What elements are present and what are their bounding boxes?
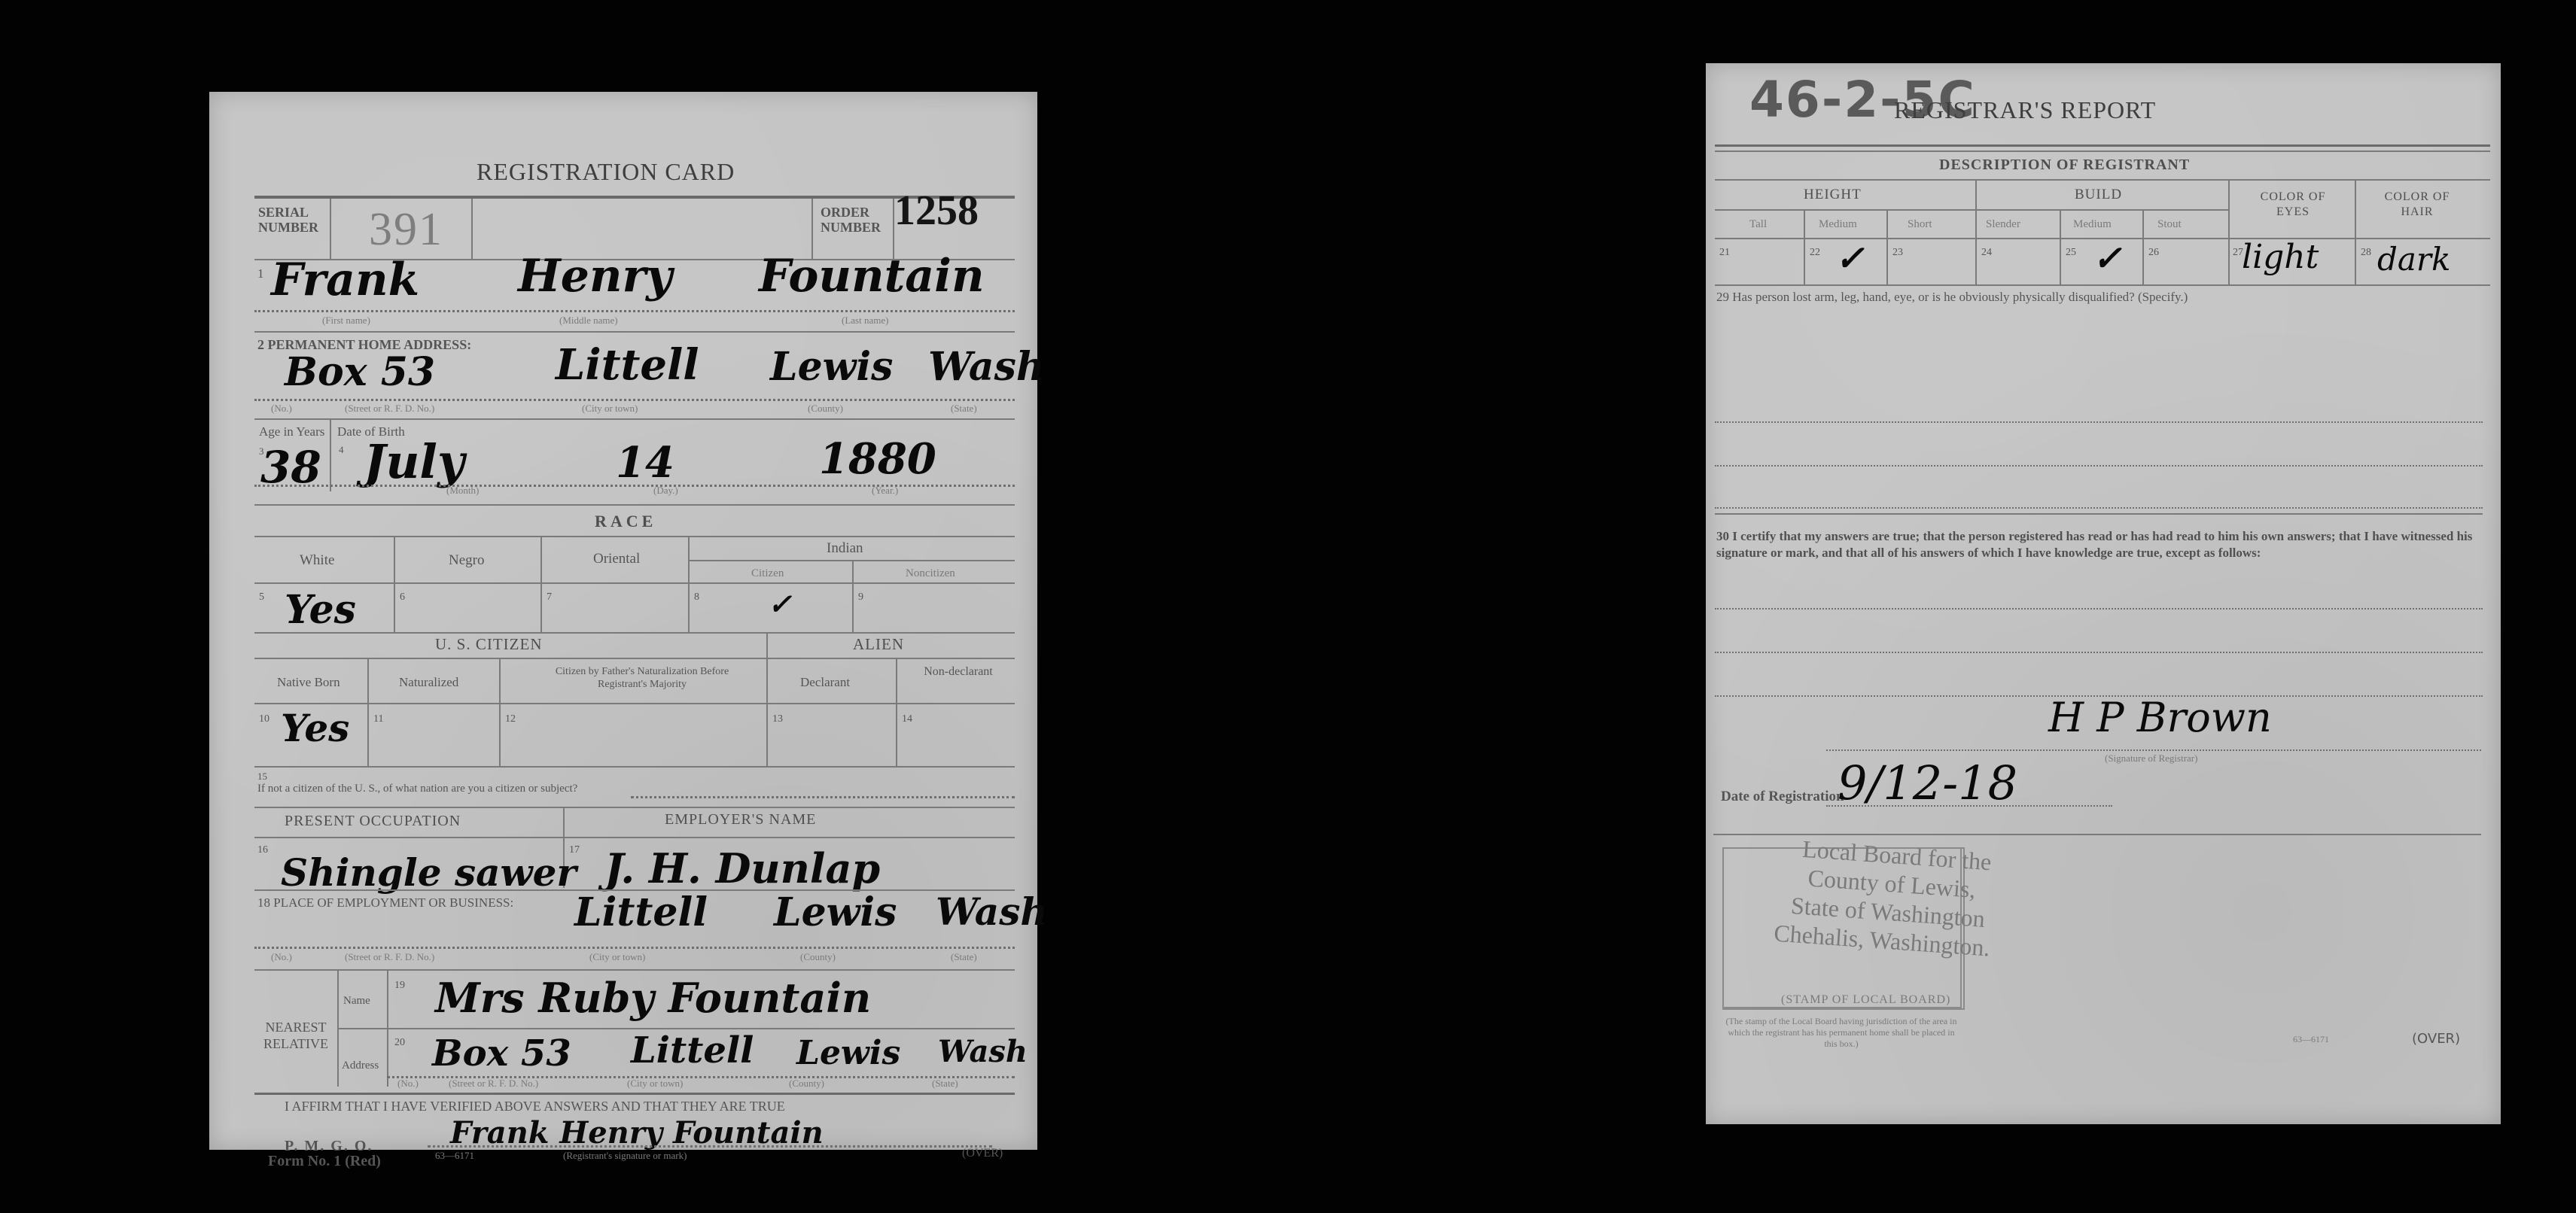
dob-day-label: (Day.)	[653, 485, 678, 497]
dob-month-label: (Month)	[446, 485, 479, 497]
field-number: 22	[1810, 247, 1820, 259]
declarant-label: Declarant	[800, 675, 850, 690]
field-number: 24	[1981, 247, 1992, 259]
field-number: 20	[394, 1037, 405, 1049]
field-number: 16	[257, 844, 268, 856]
last-name-value: Fountain	[759, 250, 985, 302]
us-citizen-header: U. S. CITIZEN	[435, 635, 543, 654]
build-slender-label: Slender	[1986, 218, 2020, 231]
field-number: 14	[902, 713, 912, 725]
eyes-color-header: COLOR OF EYES	[2248, 190, 2338, 220]
race-white-label: White	[300, 552, 334, 569]
registrars-report-back: 46-2-5C REGISTRAR'S REPORT DESCRIPTION O…	[1706, 63, 2501, 1124]
date-of-registration-value: 9/12-18	[1838, 755, 2017, 810]
race-white-value: Yes	[285, 587, 356, 633]
address-street-label: (Street or R. F. D. No.)	[345, 403, 434, 415]
date-of-registration-label: Date of Registration	[1721, 789, 1844, 805]
employment-street-label: (Street or R. F. D. No.)	[345, 951, 434, 963]
relative-city-label: (City or town)	[627, 1078, 683, 1090]
relative-city-value: Littell	[631, 1029, 754, 1072]
form-code: 63—6171	[2293, 1034, 2329, 1045]
dob-year-value: 1880	[819, 434, 936, 484]
race-header: RACE	[595, 512, 656, 531]
relative-name-value: Mrs Ruby Fountain	[435, 974, 871, 1022]
employment-state-label: (State)	[951, 951, 977, 963]
serial-number-value: 391	[369, 203, 443, 257]
field-number: 21	[1719, 247, 1730, 259]
field-number: 28	[2361, 247, 2371, 259]
address-city-label: (City or town)	[582, 403, 638, 415]
nearest-relative-label: NEAREST RELATIVE	[258, 1019, 333, 1052]
employment-county-label: (County)	[800, 951, 836, 963]
employment-state-value: Wash	[936, 889, 1048, 934]
field-number: 8	[694, 591, 699, 603]
place-of-employment-label: 18 PLACE OF EMPLOYMENT OR BUSINESS:	[257, 895, 513, 911]
eyes-color-value: light	[2242, 238, 2319, 276]
home-county-value: Lewis	[770, 344, 893, 390]
middle-name-value: Henry	[518, 250, 672, 302]
relative-state-value: Wash	[938, 1034, 1028, 1069]
field-number: 7	[547, 591, 552, 603]
form-code: 63—6171	[435, 1150, 474, 1162]
employment-county-value: Lewis	[774, 889, 897, 935]
relative-address-label: Address	[342, 1059, 379, 1072]
race-indian-citizen-label: Citizen	[751, 567, 784, 580]
build-stout-label: Stout	[2157, 218, 2182, 231]
registrar-signature-label: (Signature of Registrar)	[2105, 752, 2197, 765]
race-indian-label: Indian	[827, 540, 863, 557]
build-medium-label: Medium	[2073, 218, 2112, 231]
home-state-value: Wash	[928, 344, 1045, 390]
occupation-value: Shingle sawer	[281, 850, 577, 895]
race-negro-label: Negro	[449, 552, 484, 569]
first-name-label: (First name)	[322, 315, 370, 327]
first-name-value: Frank	[271, 254, 419, 306]
field-number: 1	[257, 266, 264, 281]
height-medium-label: Medium	[1819, 218, 1857, 231]
last-name-label: (Last name)	[842, 315, 888, 327]
race-oriental-label: Oriental	[593, 551, 640, 567]
field-number: 10	[259, 713, 269, 725]
native-born-label: Native Born	[277, 675, 340, 690]
race-indian-noncitizen-label: Noncitizen	[906, 567, 955, 580]
address-no-label: (No.)	[271, 403, 292, 415]
dob-day-value: 14	[616, 438, 674, 488]
field-number: 23	[1892, 247, 1903, 259]
field-number: 26	[2148, 247, 2159, 259]
field-number: 9	[858, 591, 863, 603]
alien-header: ALIEN	[853, 635, 904, 654]
occupation-header: PRESENT OCCUPATION	[285, 813, 461, 830]
hair-color-value: dark	[2377, 241, 2450, 278]
signature-label: (Registrant's signature or mark)	[563, 1150, 687, 1162]
over-label: (OVER)	[962, 1147, 1003, 1160]
relative-name-label: Name	[343, 995, 370, 1008]
affirmation-text: I AFFIRM THAT I HAVE VERIFIED ABOVE ANSW…	[285, 1099, 785, 1114]
employer-value: J. H. Dunlap	[604, 844, 880, 892]
height-tall-label: Tall	[1749, 218, 1767, 231]
middle-name-label: (Middle name)	[559, 315, 618, 327]
height-medium-check-icon: ✓	[1835, 238, 1865, 278]
relative-county-value: Lewis	[796, 1034, 900, 1072]
field-15-question: If not a citizen of the U. S., of what n…	[257, 783, 577, 795]
height-short-label: Short	[1908, 218, 1932, 231]
non-declarant-label: Non-declarant	[921, 665, 996, 679]
address-county-label: (County)	[808, 403, 843, 415]
field-number: 4	[339, 444, 344, 456]
field-number: 5	[259, 591, 264, 603]
relative-state-label: (State)	[932, 1078, 958, 1090]
dob-month-value: July	[364, 434, 464, 489]
employment-city-label: (City or town)	[589, 951, 645, 963]
relative-street-value: Box 53	[432, 1032, 571, 1075]
race-indian-citizen-check-icon: ✓	[768, 587, 792, 621]
question-30: 30 I certify that my answers are true; t…	[1716, 528, 2483, 561]
relative-street-label: (Street or R. F. D. No.)	[449, 1078, 538, 1090]
field-number: 19	[394, 980, 405, 992]
serial-number-label: SERIAL NUMBER	[258, 205, 330, 235]
description-header: DESCRIPTION OF REGISTRANT	[1939, 157, 2190, 174]
local-board-stamp: Local Board for the County of Lewis, Sta…	[1743, 831, 1996, 962]
build-header: BUILD	[2075, 187, 2122, 203]
native-born-value: Yes	[281, 706, 349, 750]
form-number-label: Form No. 1 (Red)	[268, 1153, 381, 1170]
field-number: 6	[400, 591, 405, 603]
field-number: 15	[257, 771, 267, 783]
relative-no-label: (No.)	[397, 1078, 419, 1090]
employment-city-value: Littell	[574, 889, 708, 935]
card-title: REGISTRATION CARD	[477, 158, 735, 186]
registration-card-front: REGISTRATION CARD SERIAL NUMBER 391 ORDE…	[209, 92, 1037, 1150]
height-header: HEIGHT	[1804, 187, 1862, 203]
home-city-value: Littell	[556, 340, 699, 390]
employment-no-label: (No.)	[271, 951, 292, 963]
stamp-box-label: (STAMP OF LOCAL BOARD)	[1781, 993, 1950, 1007]
over-label: (OVER)	[2412, 1031, 2460, 1047]
field-number: 11	[373, 713, 383, 725]
order-number-value: 1258	[894, 187, 979, 235]
field-number: 25	[2066, 247, 2076, 259]
age-label: Age in Years	[259, 424, 324, 439]
citizen-by-father-label: Citizen by Father's Naturalization Befor…	[533, 665, 751, 691]
relative-county-label: (County)	[789, 1078, 824, 1090]
employer-header: EMPLOYER'S NAME	[665, 811, 816, 828]
question-29: 29 Has person lost arm, leg, hand, eye, …	[1716, 289, 2477, 306]
build-medium-check-icon: ✓	[2093, 238, 2122, 278]
hair-color-header: COLOR OF HAIR	[2372, 190, 2462, 220]
report-title: REGISTRAR'S REPORT	[1894, 96, 2156, 124]
field-number: 13	[772, 713, 783, 725]
order-number-label: ORDER NUMBER	[821, 205, 881, 235]
stamp-note: (The stamp of the Local Board having jur…	[1721, 1016, 1962, 1050]
address-state-label: (State)	[951, 403, 977, 415]
home-street-value: Box 53	[285, 349, 435, 395]
dob-year-label: (Year.)	[872, 485, 898, 497]
naturalized-label: Naturalized	[399, 675, 458, 690]
field-number: 12	[505, 713, 516, 725]
registrar-signature: H P Brown	[2048, 694, 2272, 741]
